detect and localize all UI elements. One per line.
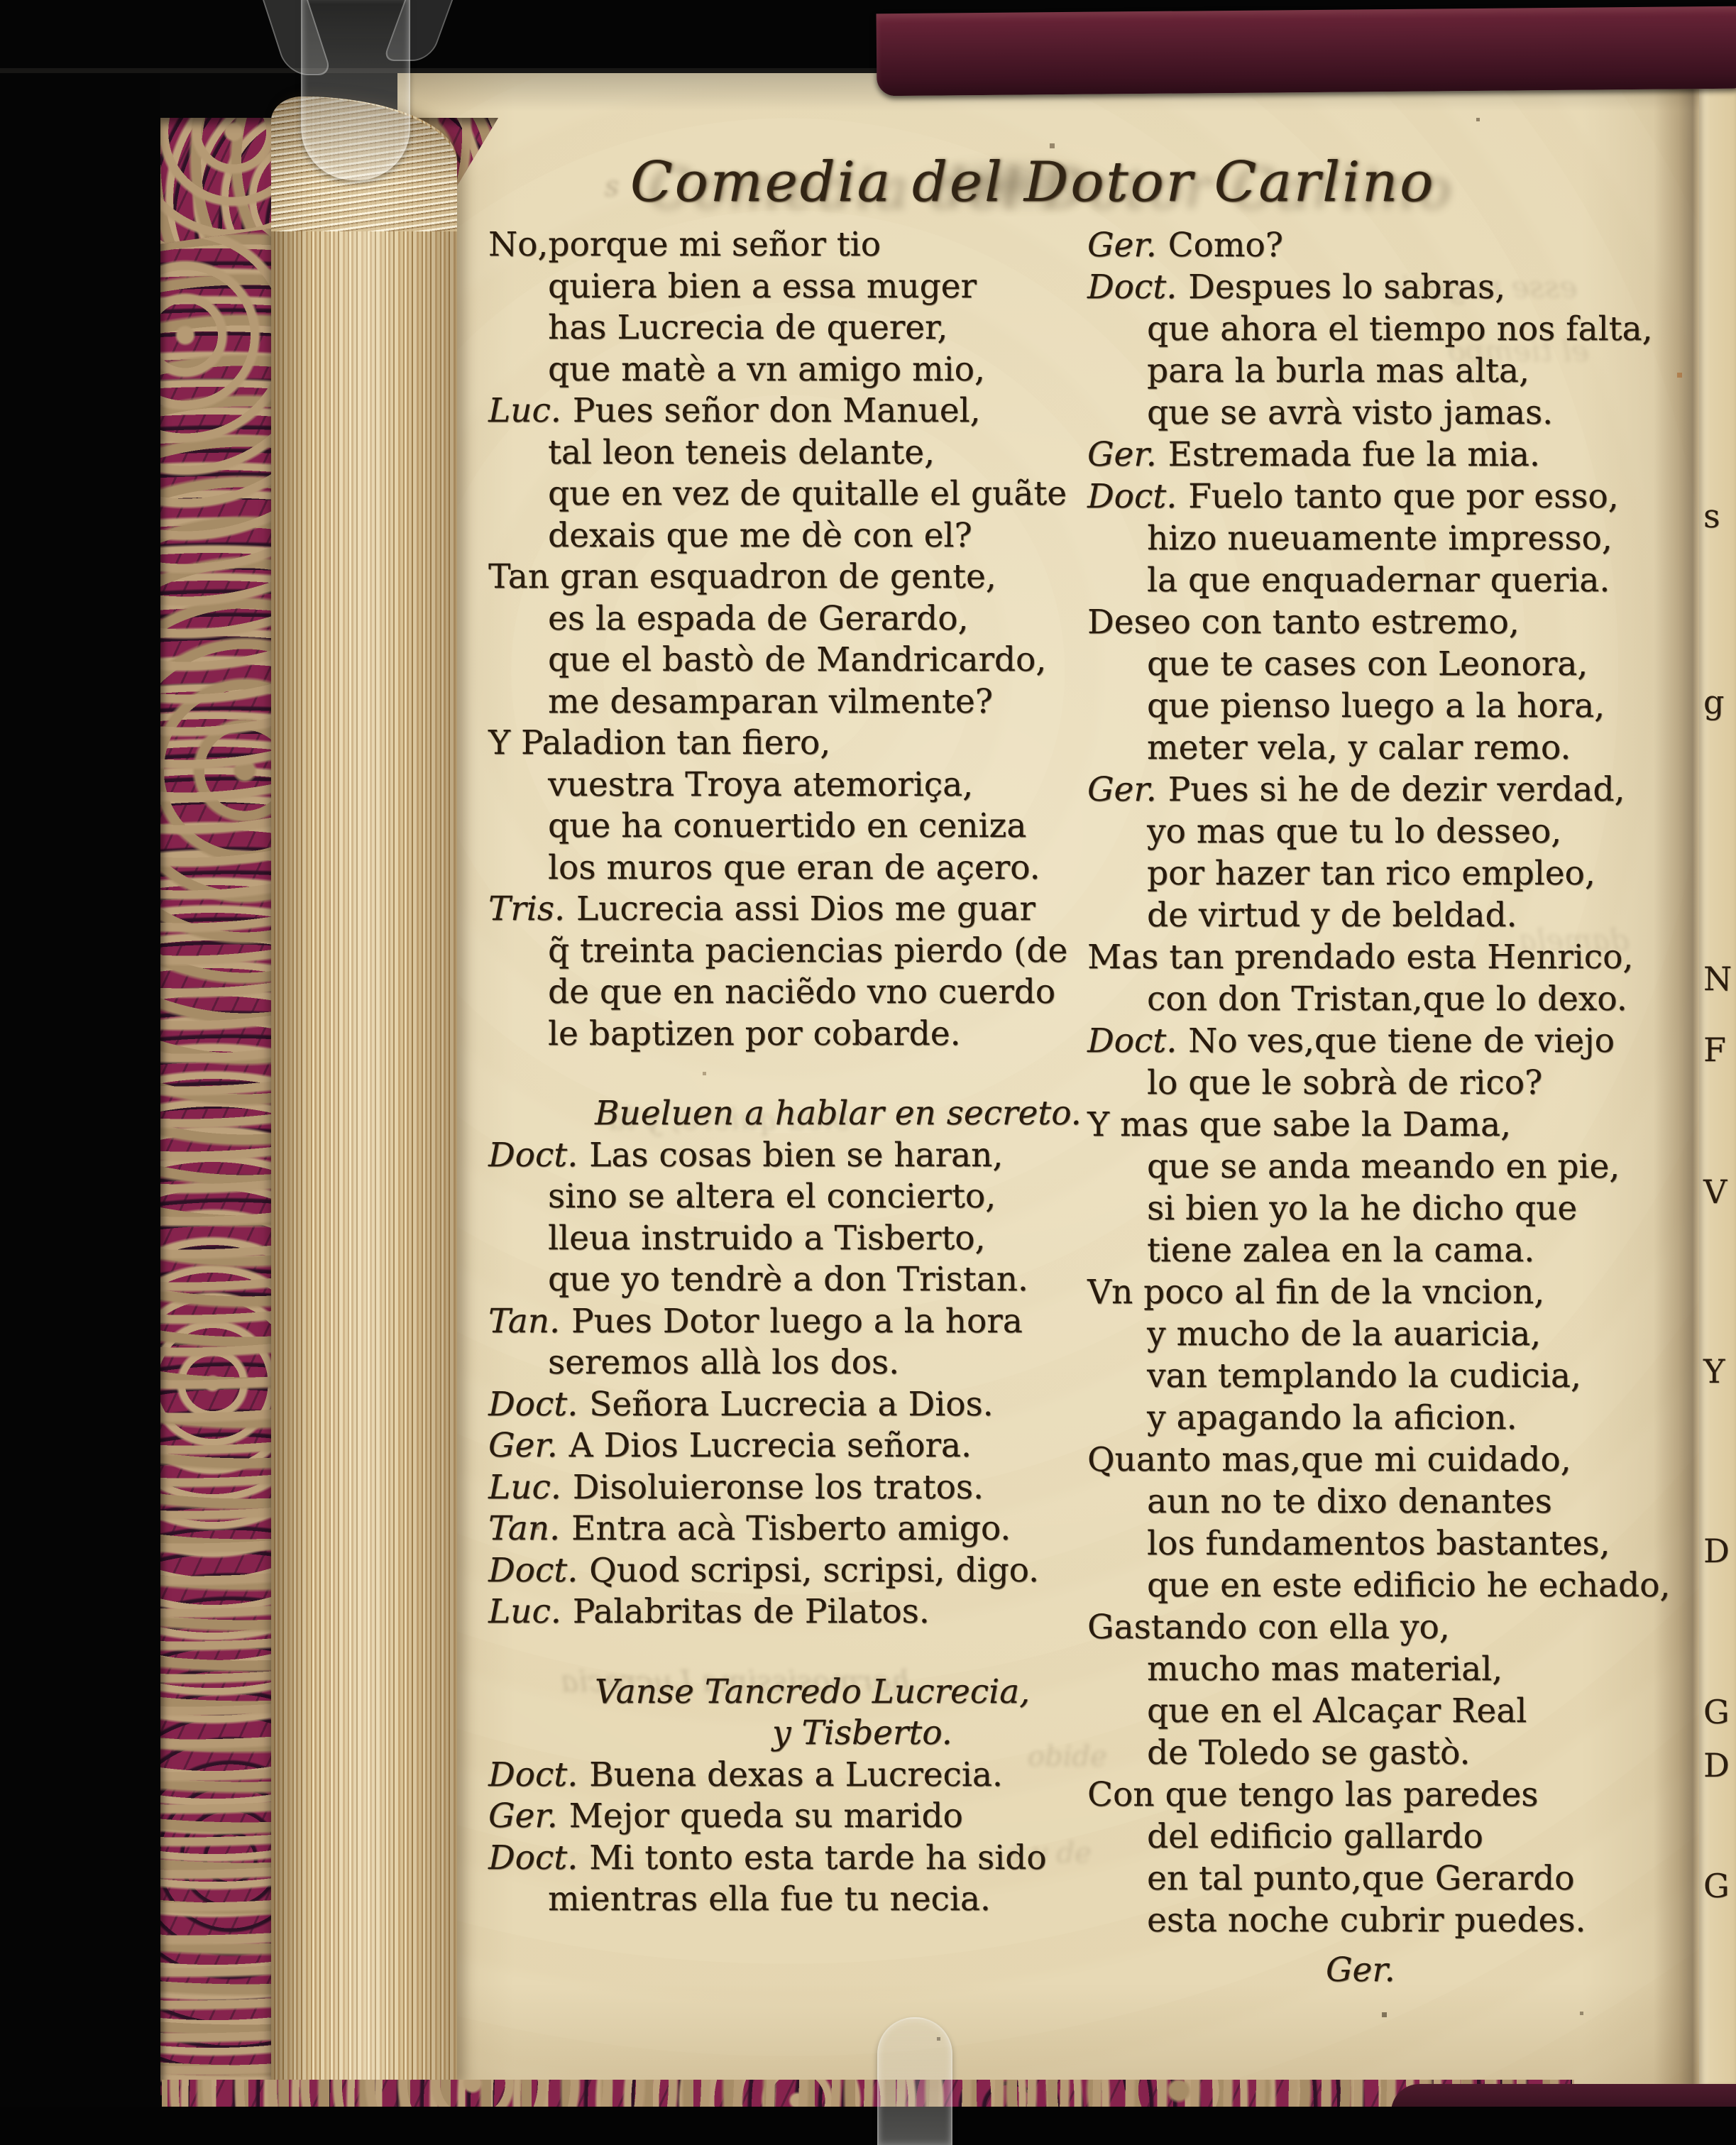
facing-edge-letter: G [1703,1693,1730,1731]
verse-line: que en este edificio he echado, [1087,1564,1670,1606]
verse-line: sino se altera el concierto, [488,1176,1082,1218]
verse-line: de virtud y de beldad. [1087,894,1670,936]
verse-line: Doct.Despues lo sabras, [1087,266,1670,308]
verse-line: quiera bien a essa muger [488,266,1082,308]
speaker-label: Ger. [488,1426,558,1465]
catchword: Ger. [1326,1951,1395,1990]
speaker-label: Doct. [1087,477,1177,516]
facing-edge-letter: N [1703,960,1732,998]
verse-line: Doct.Buena dexas a Lucrecia. [488,1755,1082,1796]
verse-line: lleua instruido a Tisberto, [488,1218,1082,1260]
verse-line: los fundamentos bastantes, [1087,1523,1670,1564]
verse-line: Ger.Mejor queda su marido [488,1796,1082,1838]
verse-line: van templando la cudicia, [1087,1355,1670,1397]
scanner-background-bottom [0,2107,1736,2145]
verse-line: le baptizen por cobarde. [488,1014,1082,1055]
facing-edge-letter: Y [1703,1352,1725,1390]
verse-line: que ahora el tiempo nos falta, [1087,308,1670,350]
stage-direction: Bueluen a hablar en secreto. [488,1093,1082,1135]
facing-page-strip: sgNFVYDGDG [1699,77,1736,2087]
speaker-label: Luc. [488,391,561,430]
verse-line: Doct.Las cosas bien se haran, [488,1135,1082,1177]
speaker-label: Ger. [1087,435,1157,474]
verse-line: Quanto mas,que mi cuidado, [1087,1439,1670,1481]
speaker-label: Doct. [488,1136,578,1175]
leather-spine-top [877,6,1736,97]
fore-edge-page-stack [271,97,457,2085]
verse-line: tal leon teneis delante, [488,432,1082,474]
speaker-label: Tan. [488,1302,560,1341]
verse-line: No,porque mi señor tio [488,224,1082,266]
verse-line: Doct.Mi tonto esta tarde ha sido [488,1838,1082,1880]
verse-line: Ger.Estremada fue la mia. [1087,434,1670,476]
speaker-label: Doct. [488,1385,578,1424]
verse-line: y mucho de la auaricia, [1087,1313,1670,1355]
speaker-label: Doct. [488,1755,578,1794]
verse-line: que yo tendrè a don Tristan. [488,1259,1082,1301]
verse-line: Doct.Fuelo tanto que por esso, [1087,476,1670,517]
verse-line: me desamparan vilmente? [488,681,1082,723]
verse-line: que pienso luego a la hora, [1087,685,1670,727]
verse-line: has Lucrecia de querer, [488,307,1082,349]
verse-line: Ger.Como? [1087,224,1670,266]
plastic-clip-top [301,0,410,180]
verse-line: que en vez de quitalle el guãte [488,473,1082,515]
verse-line: seremos allà los dos. [488,1342,1082,1384]
verse-line: Mas tan prendado esta Henrico, [1087,936,1670,978]
verse-line: para la burla mas alta, [1087,350,1670,392]
facing-edge-letter: g [1703,683,1724,721]
verse-line: que en el Alcaçar Real [1087,1690,1670,1732]
verse-line: q̃ treinta paciencias pierdo (de [488,931,1082,972]
speaker-label: Ger. [1087,226,1157,265]
verse-line: por hazer tan rico empleo, [1087,852,1670,894]
verse-line: Doct.Quod scripsi, scripsi, digo. [488,1550,1082,1592]
verse-line: y apagando la aficion. [1087,1397,1670,1439]
verse-line: dexais que me dè con el? [488,515,1082,557]
text-column-right: Ger.Como?Doct.Despues lo sabras,que ahor… [1087,224,1670,1941]
verse-line: en tal punto,que Gerardo [1087,1858,1670,1899]
verse-line: Ger.Pues si he de dezir verdad, [1087,769,1670,811]
plastic-clip-bottom [877,2017,952,2145]
verse-line: que matè a vn amigo mio, [488,349,1082,391]
speaker-label: Ger. [1087,770,1157,809]
stage-direction: Vanse Tancredo Lucrecia, [488,1672,1082,1713]
verse-line: que se avrà visto jamas. [1087,392,1670,434]
verse-line: Con que tengo las paredes [1087,1774,1670,1816]
ghost-text: s [605,170,620,203]
verse-line: Doct.Señora Lucrecia a Dios. [488,1384,1082,1426]
verse-line: con don Tristan,que lo dexo. [1087,978,1670,1020]
verse-line: que ha conuertido en ceniza [488,806,1082,847]
verse-line: vuestra Troya atemoriça, [488,764,1082,806]
facing-edge-letter: D [1703,1746,1730,1784]
verse-line: Luc.Palabritas de Pilatos. [488,1591,1082,1633]
verse-line: tiene zalea en la cama. [1087,1229,1670,1271]
verse-line: aun no te dixo denantes [1087,1481,1670,1523]
verse-line: Tris.Lucrecia assi Dios me guar [488,889,1082,931]
verse-line: de Toledo se gastò. [1087,1732,1670,1774]
verse-line: meter vela, y calar remo. [1087,727,1670,769]
verse-line: Tan.Entra acà Tisberto amigo. [488,1508,1082,1550]
verse-line: Vn poco al fin de la vncion, [1087,1271,1670,1313]
verse-line: mientras ella fue tu necia. [488,1879,1082,1921]
verse-line: si bien yo la he dicho que [1087,1187,1670,1229]
scanner-background-left [0,0,160,2145]
speaker-label: Doct. [1087,1021,1177,1060]
speaker-label: Tris. [488,889,565,928]
verse-line: de que en naciẽdo vno cuerdo [488,972,1082,1014]
speaker-label: Doct. [488,1838,578,1877]
text-column-left: No,porque mi señor tioquiera bien a essa… [488,224,1082,1921]
verse-line: mucho mas material, [1087,1648,1670,1690]
verse-line: Luc.Pues señor don Manuel, [488,390,1082,432]
verse-line: es la espada de Gerardo, [488,598,1082,640]
verse-line: que se anda meando en pie, [1087,1146,1670,1187]
verse-line: Luc.Disoluieronse los tratos. [488,1467,1082,1509]
verse-line: Y mas que sabe la Dama, [1087,1104,1670,1146]
facing-edge-letter: D [1703,1532,1730,1570]
page-specks [0,0,1,1]
verse-line: Ger.A Dios Lucrecia señora. [488,1425,1082,1467]
verse-line: que el bastò de Mandricardo, [488,640,1082,681]
verse-line: Doct.No ves,que tiene de viejo [1087,1020,1670,1062]
stage-direction: y Tisberto. [488,1713,1082,1755]
verse-line: esta noche cubrir puedes. [1087,1899,1670,1941]
speaker-label: Ger. [488,1796,558,1836]
page-title: Comedia del Dotor Carlino [625,150,1441,214]
verse-line: hizo nueuamente impresso, [1087,517,1670,559]
facing-edge-letter: s [1703,497,1720,535]
speaker-label: Tan. [488,1509,560,1548]
verse-line: lo que le sobrà de rico? [1087,1062,1670,1104]
verse-line: Gastando con ella yo, [1087,1606,1670,1648]
verse-line: Tan.Pues Dotor luego a la hora [488,1301,1082,1343]
verse-line: la que enquadernar queria. [1087,559,1670,601]
verse-line: Y Paladion tan fiero, [488,723,1082,764]
facing-edge-letter: F [1703,1031,1726,1069]
marbled-cover-edge [159,118,278,2095]
verse-line: que te cases con Leonora, [1087,643,1670,685]
verse-line: yo mas que tu lo desseo, [1087,811,1670,852]
book-scan-scene: sgNFVYDGDG Comedia del Dotor Carlino Com… [0,0,1736,2145]
facing-edge-letter: V [1703,1173,1727,1211]
verse-line: Tan gran esquadron de gente, [488,556,1082,598]
verse-line: Deseo con tanto estremo, [1087,601,1670,643]
facing-edge-letter: G [1703,1867,1730,1905]
verse-line: los muros que eran de açero. [488,847,1082,889]
speaker-label: Luc. [488,1592,561,1631]
verse-line: del edificio gallardo [1087,1816,1670,1858]
speaker-label: Doct. [488,1551,578,1590]
speaker-label: Luc. [488,1468,561,1507]
speaker-label: Doct. [1087,268,1177,307]
